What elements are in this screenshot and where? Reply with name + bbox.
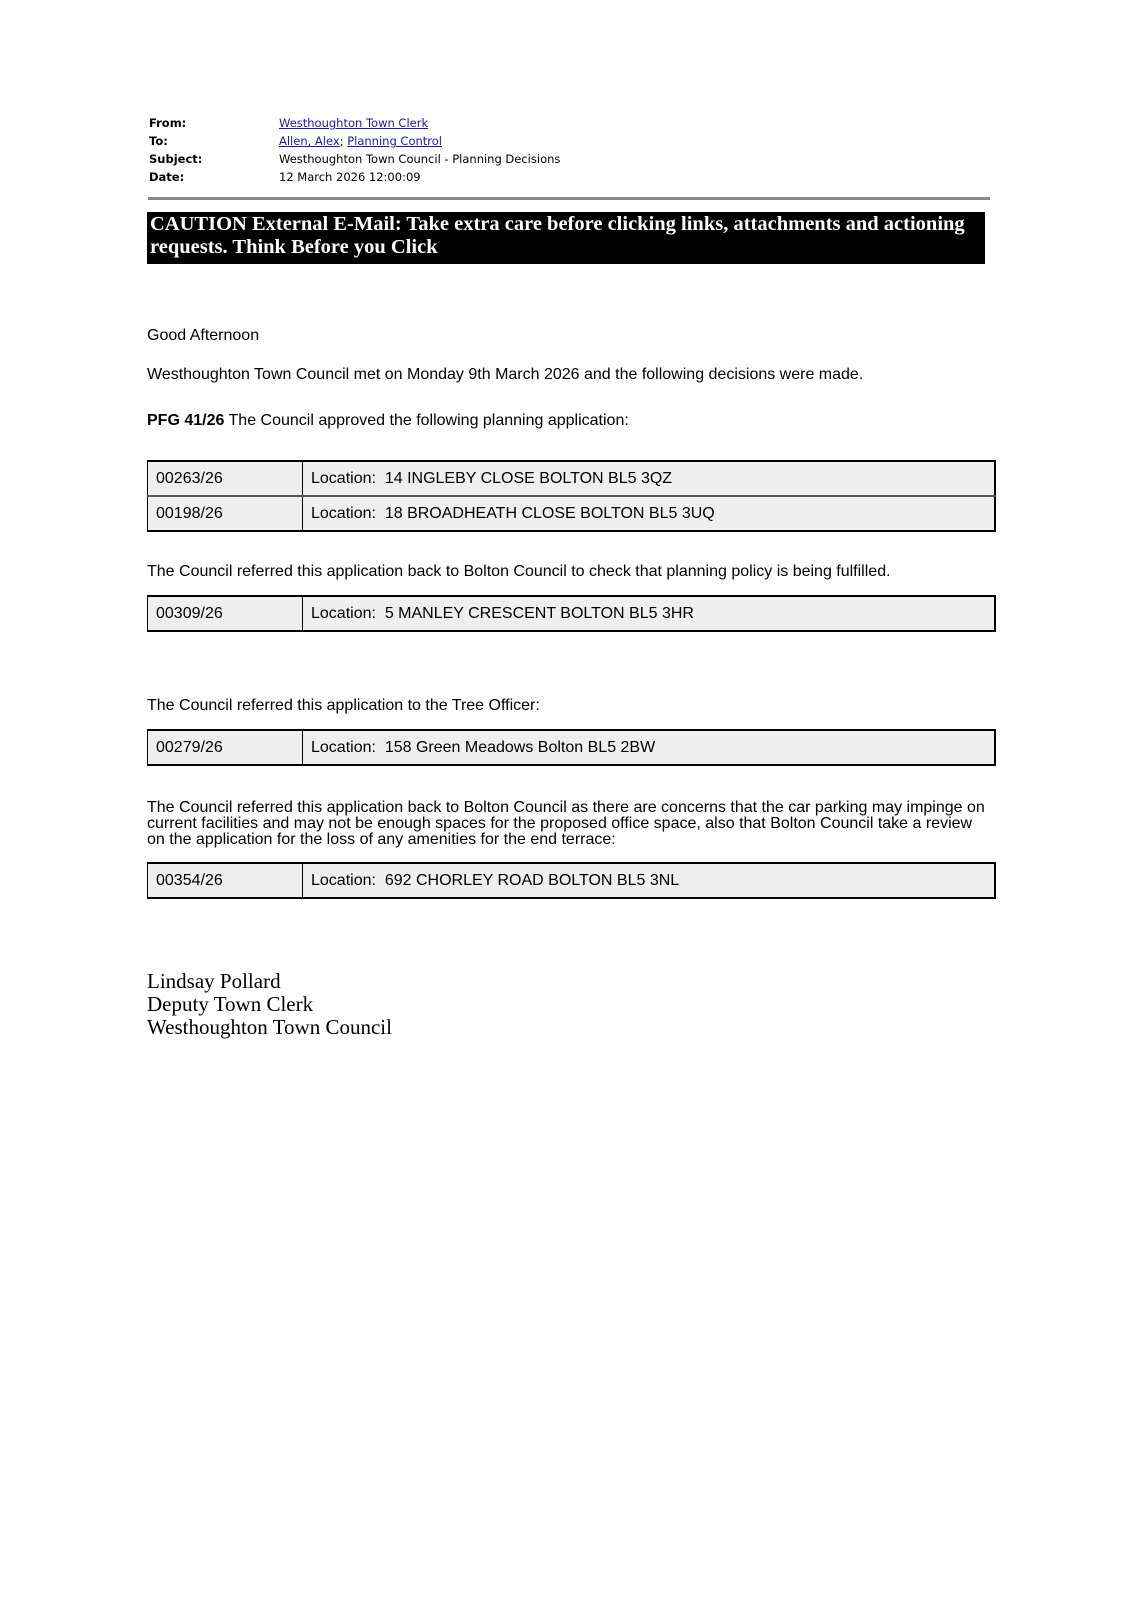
section-3-text: The Council referred this application to…: [147, 697, 997, 714]
subject-value: Westhoughton Town Council - Planning Dec…: [279, 150, 560, 168]
subject-label: Subject:: [149, 150, 279, 168]
email-header: From: Westhoughton Town Clerk To: Allen,…: [149, 114, 560, 186]
from-label: From:: [149, 114, 279, 132]
applications-table-4: 00354/26 Location: 692 CHORLEY ROAD BOLT…: [147, 862, 996, 899]
application-ref: 00198/26: [148, 496, 303, 531]
caution-banner: CAUTION External E-Mail: Take extra care…: [147, 212, 985, 264]
table-row: 00354/26 Location: 692 CHORLEY ROAD BOLT…: [148, 863, 996, 898]
email-printout: From: Westhoughton Town Clerk To: Allen,…: [0, 0, 1131, 1600]
from-link[interactable]: Westhoughton Town Clerk: [279, 116, 428, 130]
application-ref: 00279/26: [148, 730, 303, 765]
application-ref: 00354/26: [148, 863, 303, 898]
table-row: 00263/26 Location: 14 INGLEBY CLOSE BOLT…: [148, 461, 996, 496]
date-label: Date:: [149, 168, 279, 186]
to-link-planning-control[interactable]: Planning Control: [347, 134, 442, 148]
application-ref: 00309/26: [148, 596, 303, 631]
table-row: 00309/26 Location: 5 MANLEY CRESCENT BOL…: [148, 596, 996, 631]
intro-paragraph: Westhoughton Town Council met on Monday …: [147, 366, 997, 383]
signature-block: Lindsay Pollard Deputy Town Clerk Westho…: [147, 970, 392, 1039]
application-location: Location: 14 INGLEBY CLOSE BOLTON BL5 3Q…: [303, 461, 996, 496]
application-ref: 00263/26: [148, 461, 303, 496]
section-1-ref: PFG 41/26: [147, 412, 224, 429]
application-location: Location: 5 MANLEY CRESCENT BOLTON BL5 3…: [303, 596, 996, 631]
to-link-allen-alex[interactable]: Allen, Alex: [279, 134, 340, 148]
section-2-text: The Council referred this application ba…: [147, 563, 997, 580]
header-divider: [148, 197, 990, 200]
table-row: 00279/26 Location: 158 Green Meadows Bol…: [148, 730, 996, 765]
to-label: To:: [149, 132, 279, 150]
applications-table-1: 00263/26 Location: 14 INGLEBY CLOSE BOLT…: [147, 460, 996, 532]
signature-title: Deputy Town Clerk: [147, 993, 392, 1016]
signature-organization: Westhoughton Town Council: [147, 1016, 392, 1039]
date-value: 12 March 2026 12:00:09: [279, 168, 421, 186]
application-location: Location: 18 BROADHEATH CLOSE BOLTON BL5…: [303, 496, 996, 531]
application-location: Location: 158 Green Meadows Bolton BL5 2…: [303, 730, 996, 765]
signature-name: Lindsay Pollard: [147, 970, 392, 993]
to-row: To: Allen, Alex; Planning Control: [149, 132, 560, 150]
section-1-description: The Council approved the following plann…: [224, 412, 628, 429]
application-location: Location: 692 CHORLEY ROAD BOLTON BL5 3N…: [303, 863, 996, 898]
section-4-text: The Council referred this application ba…: [147, 800, 992, 848]
table-row: 00198/26 Location: 18 BROADHEATH CLOSE B…: [148, 496, 996, 531]
from-row: From: Westhoughton Town Clerk: [149, 114, 560, 132]
subject-row: Subject: Westhoughton Town Council - Pla…: [149, 150, 560, 168]
applications-table-2: 00309/26 Location: 5 MANLEY CRESCENT BOL…: [147, 595, 996, 632]
applications-table-3: 00279/26 Location: 158 Green Meadows Bol…: [147, 729, 996, 766]
section-1-text: PFG 41/26 The Council approved the follo…: [147, 412, 997, 429]
greeting: Good Afternoon: [147, 327, 997, 344]
to-separator: ;: [340, 134, 344, 148]
date-row: Date: 12 March 2026 12:00:09: [149, 168, 560, 186]
